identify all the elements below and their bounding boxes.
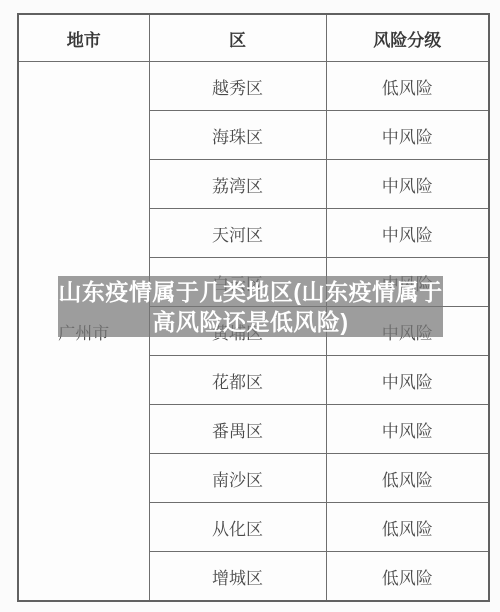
risk-cell: 中风险 — [326, 111, 489, 160]
risk-cell: 中风险 — [326, 356, 489, 405]
district-cell: 荔湾区 — [149, 160, 326, 209]
district-cell: 海珠区 — [149, 111, 326, 160]
header-risk-level: 风险分级 — [326, 14, 489, 62]
district-cell: 越秀区 — [149, 62, 326, 111]
risk-cell: 低风险 — [326, 454, 489, 503]
risk-cell: 低风险 — [326, 552, 489, 602]
page: 地市 区 风险分级 广州市 越秀区 低风险 海珠区 中风险 荔湾区 中风险 天河… — [0, 0, 500, 612]
risk-cell: 低风险 — [326, 62, 489, 111]
risk-cell: 低风险 — [326, 503, 489, 552]
district-cell: 天河区 — [149, 209, 326, 258]
header-district: 区 — [149, 14, 326, 62]
header-city: 地市 — [18, 14, 149, 62]
risk-cell: 中风险 — [326, 209, 489, 258]
caption-line-1: 山东疫情属于几类地区(山东疫情属于 — [58, 277, 442, 307]
district-cell: 南沙区 — [149, 454, 326, 503]
table-header-row: 地市 区 风险分级 — [18, 14, 489, 62]
district-cell: 番禺区 — [149, 405, 326, 454]
district-cell: 花都区 — [149, 356, 326, 405]
caption-line-2: 高风险还是低风险) — [152, 307, 348, 337]
district-cell: 增城区 — [149, 552, 326, 602]
risk-cell: 中风险 — [326, 160, 489, 209]
caption-overlay: 山东疫情属于几类地区(山东疫情属于 高风险还是低风险) — [58, 276, 443, 337]
risk-cell: 中风险 — [326, 405, 489, 454]
table-row: 广州市 越秀区 低风险 — [18, 62, 489, 111]
district-cell: 从化区 — [149, 503, 326, 552]
